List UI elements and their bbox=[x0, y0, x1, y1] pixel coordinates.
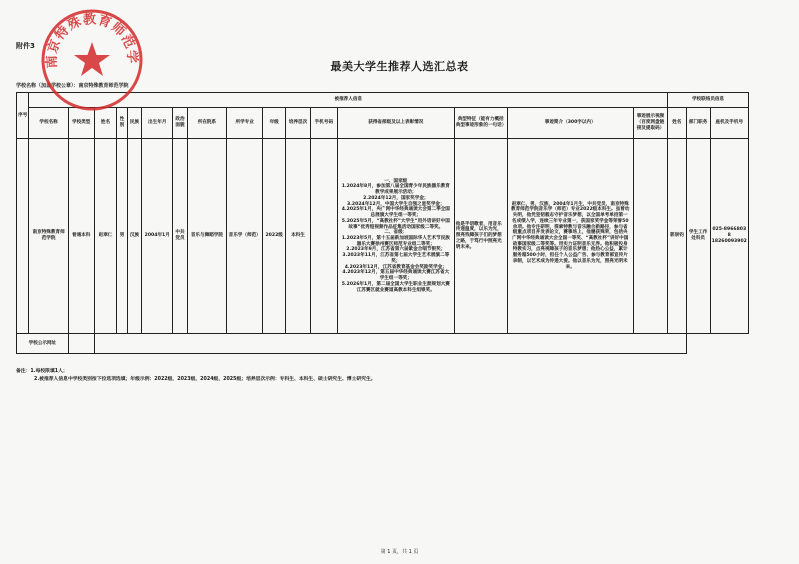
header-school-type: 学校类型 bbox=[68, 108, 94, 139]
header-school-name: 学校名称 bbox=[29, 108, 68, 139]
header-name: 姓名 bbox=[94, 108, 117, 139]
header-contact-name: 姓名 bbox=[668, 108, 687, 139]
note-item-2: 2.被推荐人信息中学校类别按下拉选项选填；年级示例：2022级、2023级、20… bbox=[16, 376, 376, 384]
header-level: 培养层次 bbox=[286, 108, 311, 139]
cell-name: 赵翠仁 bbox=[94, 139, 117, 334]
school-url-value bbox=[94, 334, 686, 354]
cell-ethnicity: 汉族 bbox=[127, 139, 141, 334]
school-name-label: 学校名称（加盖学校公章）：南京特殊教育师范学院 bbox=[16, 82, 129, 89]
header-birth: 出生年月 bbox=[142, 108, 173, 139]
nominee-summary-table: 序号 被推荐人信息 学校联络员信息 学校名称 学校类型 姓名 性别 民族 出生年… bbox=[16, 92, 749, 354]
header-awards: 获得省部级及以上表彰情况 bbox=[337, 108, 454, 139]
cell-video bbox=[633, 139, 667, 334]
award-item: 5.2025年5月，“高教社杯”大学生“用外语讲好中国故事”优秀短视频作品征集活… bbox=[341, 219, 451, 230]
school-url-label: 学校公示网址 bbox=[17, 334, 69, 354]
cell-school-type: 普通本科 bbox=[68, 139, 94, 334]
cell-contact-phone: 025-89668038 18260093902 bbox=[710, 139, 748, 334]
cell-feature: 他是手语歌者，用音乐传递温度，以乐为光，照亮残障孩子们的梦想之路，于笃行中照亮光… bbox=[454, 139, 507, 334]
header-political: 政治面貌 bbox=[173, 108, 187, 139]
award-item: 3.2023年11月，江苏省第七届大学生艺术展演二等奖； bbox=[341, 253, 451, 264]
page-number: 第 1 页，共 1 页 bbox=[0, 548, 799, 555]
header-grade: 年级 bbox=[263, 108, 286, 139]
award-item: 1.2023年5月，第十五届新加坡国际华人艺术节民族器乐大赛徐州赛区师范专业组二… bbox=[341, 236, 451, 247]
notes: 备注：1.每校限填1人； 2.被推荐人信息中学校类别按下拉选项选填；年级示例：2… bbox=[16, 368, 376, 384]
cell-awards: 一、国家级1.2024年8月，参加第八届全国青少年民族器乐教育教学成果展示活动；… bbox=[337, 139, 454, 334]
cell-deeds: 赵翠仁，男，汉族，2004年1月生，中共党员，南京特殊教育师范学院音乐学（师范）… bbox=[507, 139, 633, 334]
header-ethnicity: 民族 bbox=[127, 108, 141, 139]
header-gender: 性别 bbox=[117, 108, 127, 139]
header-contact-phone: 座机及手机号 bbox=[710, 108, 748, 139]
cell-phone bbox=[310, 139, 337, 334]
cell-major: 音乐学（师范） bbox=[227, 139, 263, 334]
cell-school-name: 南京特殊教育师范学院 bbox=[29, 139, 68, 334]
award-item: 4.2025年1月，央广网中华经典诵读大会第二季全国总展演大学生组一等奖； bbox=[341, 207, 451, 218]
header-major: 所学专业 bbox=[227, 108, 263, 139]
header-department: 所在院系 bbox=[187, 108, 226, 139]
header-video: 事迹展示视频（百度网盘链接及提取码） bbox=[633, 108, 667, 139]
header-deeds: 事迹简介（300字以内） bbox=[507, 108, 633, 139]
cell-department: 音乐与舞蹈学院 bbox=[187, 139, 226, 334]
cell-birth: 2004年1月 bbox=[142, 139, 173, 334]
cell-contact-name: 郭崇钧 bbox=[668, 139, 687, 334]
award-item: 5.2026年1月，第二届全国大学生职业生涯规划大赛江苏赛区就业赛道高教本科生组… bbox=[341, 282, 451, 293]
table-row: 南京特殊教育师范学院 普通本科 赵翠仁 男 汉族 2004年1月 中共党员 音乐… bbox=[17, 139, 749, 334]
header-contact-dept: 部门职务 bbox=[686, 108, 710, 139]
cell-seq bbox=[17, 139, 29, 334]
notes-prefix: 备注： bbox=[16, 369, 30, 374]
header-group-nominee: 被推荐人信息 bbox=[29, 93, 668, 108]
header-feature: 典型特征（能有力概括典型事迹形象的一句话） bbox=[454, 108, 507, 139]
header-seq: 序号 bbox=[17, 93, 29, 139]
cell-political: 中共党员 bbox=[173, 139, 187, 334]
award-item: 1.2024年8月，参加第八届全国青少年民族器乐教育教学成果展示活动； bbox=[341, 184, 451, 195]
cell-grade: 2022级 bbox=[263, 139, 286, 334]
attachment-label: 附件3 bbox=[16, 41, 35, 51]
header-phone: 手机号码 bbox=[310, 108, 337, 139]
school-url-spacer bbox=[68, 334, 94, 354]
cell-gender: 男 bbox=[117, 139, 127, 334]
note-item-1: 1.每校限填1人； bbox=[30, 369, 67, 374]
award-item: 4.2023年12月，第五届中华经典诵读大赛江苏省大学生组一等奖； bbox=[341, 270, 451, 281]
header-group-contact: 学校联络员信息 bbox=[668, 93, 749, 108]
cell-level: 本科生 bbox=[286, 139, 311, 334]
document-title: 最美大学生推荐人选汇总表 bbox=[0, 58, 799, 74]
cell-contact-dept: 学生工作处科员 bbox=[686, 139, 710, 334]
